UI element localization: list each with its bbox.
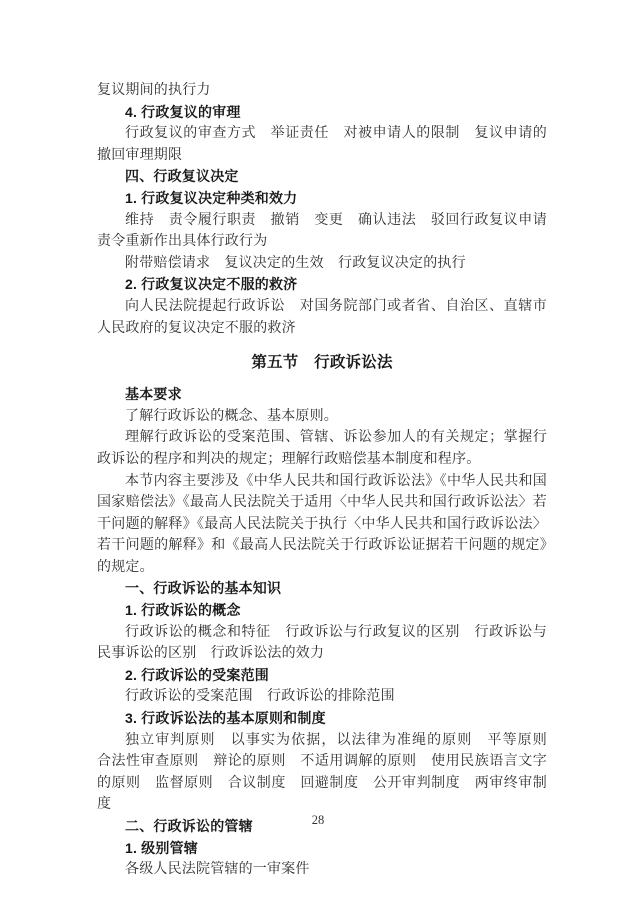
- paragraph-requirement-1: 了解行政诉讼的概念、基本原则。: [97, 406, 547, 428]
- paragraph-level-jurisdiction-items: 各级人民法院管辖的一审案件: [97, 859, 547, 881]
- heading-level-jurisdiction: 1. 级别管辖: [97, 838, 547, 860]
- paragraph-decision-effect-items: 附带赔偿请求 复议决定的生效 行政复议决定的执行: [97, 253, 547, 275]
- paragraph-principles-systems-items: 独立审判原则 以事实为依据，以法律为准绳的原则 平等原则 合法性审查原则 辩论的…: [97, 730, 547, 816]
- heading-decision-types: 1. 行政复议决定种类和效力: [97, 188, 547, 210]
- paragraph-review-hearing-items: 行政复议的审查方式 举证责任 对被申请人的限制 复议申请的撤回审理期限: [97, 123, 547, 166]
- section-title: 第五节 行政诉讼法: [97, 351, 547, 375]
- paragraph-continuation: 复议期间的执行力: [97, 80, 547, 102]
- heading-review-hearing: 4. 行政复议的审理: [97, 102, 547, 124]
- heading-principles-systems: 3. 行政诉讼法的基本原则和制度: [97, 708, 547, 730]
- heading-review-decision: 四、行政复议决定: [97, 166, 547, 188]
- document-page: 复议期间的执行力 4. 行政复议的审理 行政复议的审查方式 举证责任 对被申请人…: [0, 0, 636, 900]
- page-number: 28: [0, 813, 636, 828]
- paragraph-decision-types-items: 维持 责令履行职责 撤销 变更 确认违法 驳回行政复议申请 责令重新作出具体行政…: [97, 210, 547, 253]
- heading-basic-requirements: 基本要求: [97, 384, 547, 406]
- paragraph-decision-remedy-items: 向人民法院提起行政诉讼 对国务院部门或者省、自治区、直辖市人民政府的复议决定不服…: [97, 296, 547, 339]
- paragraph-litigation-concept-items: 行政诉讼的概念和特征 行政诉讼与行政复议的区别 行政诉讼与民事诉讼的区别 行政诉…: [97, 622, 547, 665]
- paragraph-referenced-laws: 本节内容主要涉及《中华人民共和国行政诉讼法》《中华人民共和国国家赔偿法》《最高人…: [97, 471, 547, 579]
- paragraph-requirement-2: 理解行政诉讼的受案范围、管辖、诉讼参加人的有关规定；掌握行政诉讼的程序和判决的规…: [97, 427, 547, 470]
- heading-case-scope: 2. 行政诉讼的受案范围: [97, 665, 547, 687]
- heading-decision-remedy: 2. 行政复议决定不服的救济: [97, 274, 547, 296]
- paragraph-case-scope-items: 行政诉讼的受案范围 行政诉讼的排除范围: [97, 686, 547, 708]
- text-content: 复议期间的执行力 4. 行政复议的审理 行政复议的审查方式 举证责任 对被申请人…: [97, 80, 547, 881]
- heading-basic-knowledge: 一、行政诉讼的基本知识: [97, 578, 547, 600]
- heading-litigation-concept: 1. 行政诉讼的概念: [97, 600, 547, 622]
